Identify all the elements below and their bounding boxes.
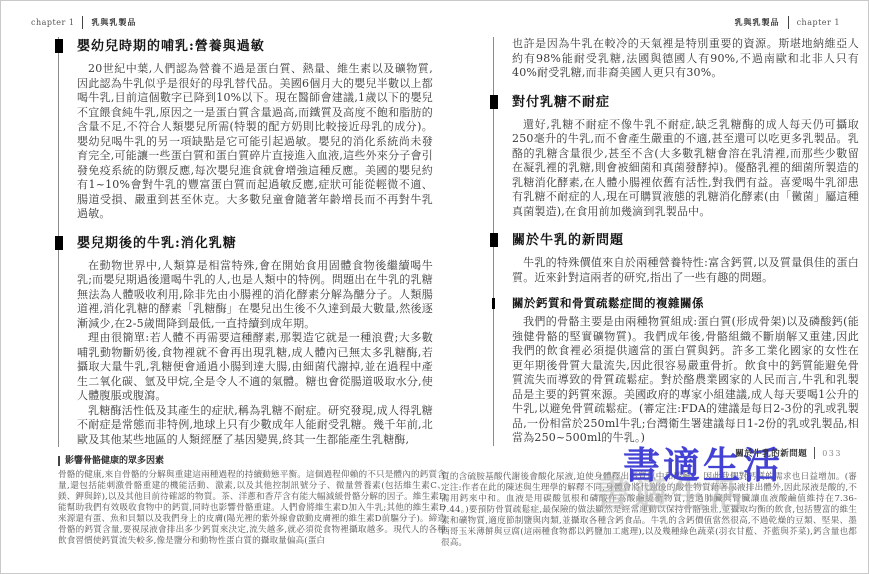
continuation-paragraph: 也許是因為牛乳在較冷的天氣裡是特別重要的資源。斯堪地納維亞人約有98%能耐受乳糖… (512, 37, 859, 81)
paragraph: 乳糖酶活性低及其產生的症狀,稱為乳糖不耐症。研究發現,成人得乳糖不耐症是常態而非… (77, 404, 433, 448)
chapter-label: chapter 1 (31, 18, 74, 27)
footnote-body: 骨骼的健康,來自骨骼的分解與重建這兩種過程的持續動態平衡。這個過程仰賴的不只是體… (58, 470, 446, 547)
header-divider (788, 16, 789, 29)
section-title: 嬰幼兒時期的哺乳:營養與過敏 (77, 39, 265, 54)
paragraph: 我們的骨骼主要是由兩種物質組成:蛋白質(形成骨架)以及磷酸鈣(能強健骨骼的堅實礦… (512, 315, 859, 446)
header-divider (82, 16, 83, 29)
page-number: 033 (822, 449, 842, 458)
paragraph: 還好,乳糖不耐症不像牛乳不耐症,缺乏乳糖酶的成人每天仍可攝取250毫升的牛乳,而… (512, 118, 859, 220)
book-title-label: 乳與乳製品 (735, 17, 780, 28)
section-marker-icon (55, 39, 63, 53)
paragraph: 牛乳的特殊價值來自於兩種營養特性:富含鈣質,以及質量俱佳的蛋白質。近來針對這兩者… (512, 256, 859, 285)
page-footer: 關於牛乳的新問題 033 (735, 447, 842, 459)
section-marker-icon (490, 233, 498, 247)
text-column-left: 嬰幼兒時期的哺乳:營養與過敏 20世紀中葉,人們認為營養不過是蛋白質、熱量、維生… (58, 37, 433, 447)
running-header-right: 乳與乳製品 chapter 1 (735, 16, 840, 29)
watermark-primary: 書適生活 (623, 435, 783, 489)
footer-divider (814, 447, 815, 459)
section-marker-icon (490, 95, 498, 109)
footnote-left: 影響骨骼健康的眾多因素 骨骼的健康,來自骨骼的分解與重建這兩種過程的持續動態平衡… (58, 456, 446, 547)
section-heading-lactose-digestion: 嬰兒期後的牛乳:消化乳糖 (77, 236, 433, 251)
section-heading-coping-lactose-intolerance: 對付乳糖不耐症 (512, 95, 859, 110)
book-spread: chapter 1 乳與乳製品 嬰幼兒時期的哺乳:營養與過敏 20世紀中葉,人們… (0, 0, 869, 574)
section-title: 對付乳糖不耐症 (512, 95, 610, 110)
paragraph: 20世紀中葉,人們認為營養不過是蛋白質、熱量、維生素以及礦物質,因此認為牛乳似乎… (77, 62, 433, 222)
text-column-right: 也許是因為牛乳在較冷的天氣裡是特別重要的資源。斯堪地納維亞人約有98%能耐受乳糖… (493, 37, 859, 446)
subsection-heading-calcium-osteoporosis: 關於鈣質和骨質疏鬆症間的複雜關係 (512, 297, 859, 310)
section-heading-new-milk-questions: 關於牛乳的新問題 (512, 233, 859, 248)
subsection-title: 關於鈣質和骨質疏鬆症間的複雜關係 (512, 296, 704, 310)
section-marker-icon (55, 236, 63, 250)
book-title-label: 乳與乳製品 (91, 17, 136, 28)
chapter-label: chapter 1 (797, 18, 840, 27)
footnote-title: 影響骨骼健康的眾多因素 (58, 456, 446, 466)
section-title: 嬰兒期後的牛乳:消化乳糖 (77, 236, 237, 251)
footer-section-label: 關於牛乳的新問題 (735, 447, 807, 459)
paragraph: 理由很簡單:若人體不再需要這種酵素,那製造它就是一種浪費;大多數哺乳動物斷奶後,… (77, 331, 433, 404)
section-heading-infant-feeding: 嬰幼兒時期的哺乳:營養與過敏 (77, 39, 433, 54)
subsection-marker-icon (492, 298, 495, 309)
paragraph: 在動物世界中,人類算是相當特殊,會在開始食用固體食物後繼續喝牛乳;而嬰兒期過後還… (77, 259, 433, 332)
section-title: 關於牛乳的新問題 (512, 233, 624, 248)
running-header-left: chapter 1 乳與乳製品 (31, 16, 136, 29)
